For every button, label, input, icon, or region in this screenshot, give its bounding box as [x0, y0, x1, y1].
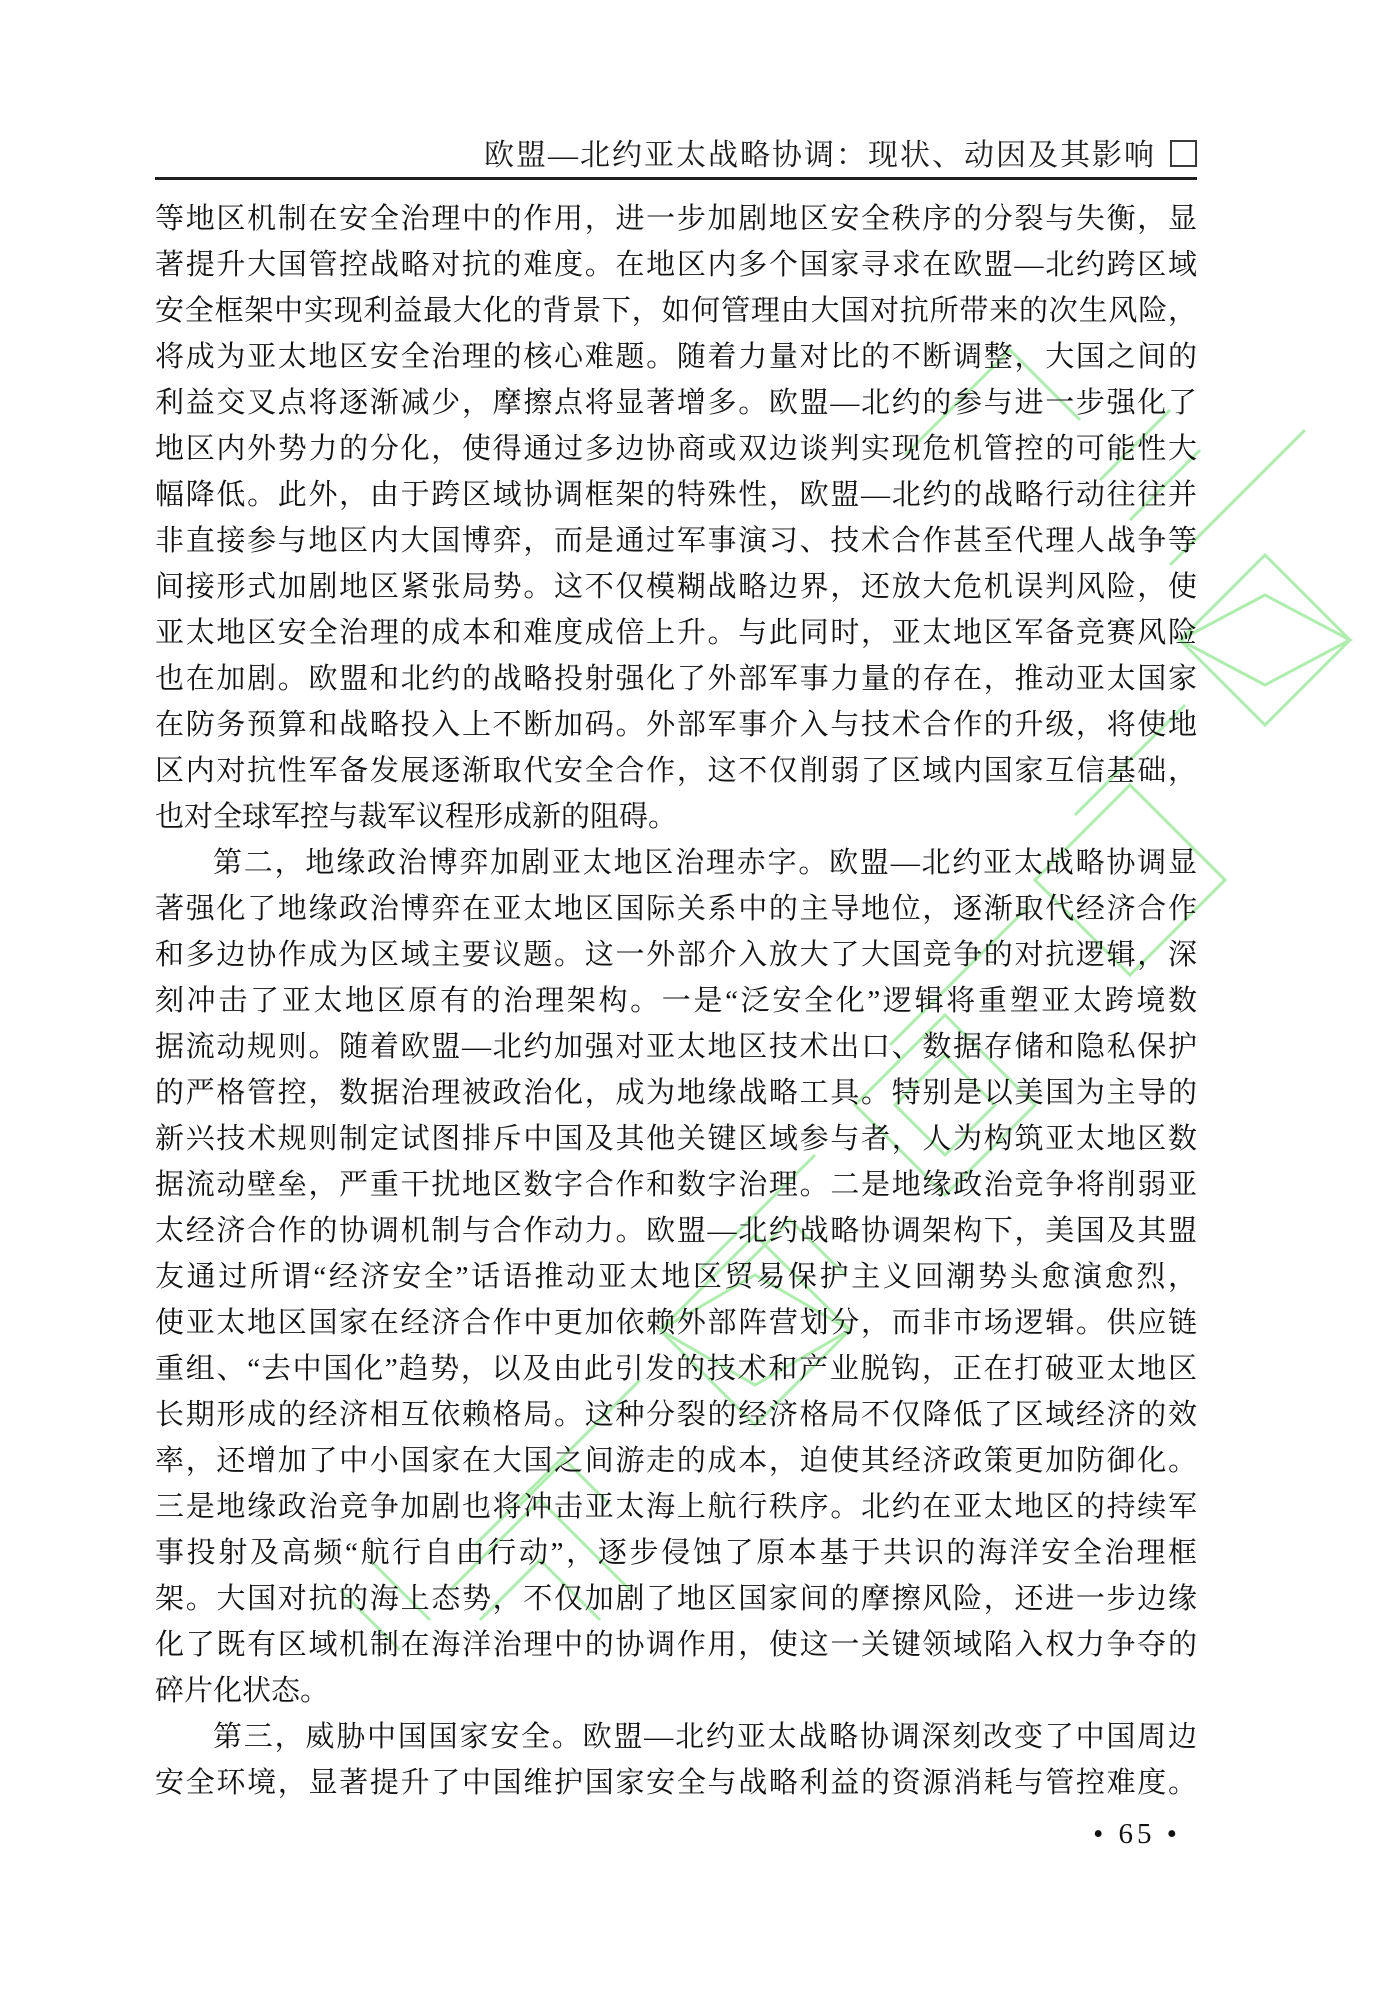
text-line: 安全环境，显著提升了中国维护国家安全与战略利益的资源消耗与管控难度。 [155, 1760, 1197, 1806]
text-line: 第二，地缘政治博弈加剧亚太地区治理赤字。欧盟—北约亚太战略协调显 [155, 840, 1197, 886]
text-line: 第三，威胁中国国家安全。欧盟—北约亚太战略协调深刻改变了中国周边 [155, 1714, 1197, 1760]
text-line: 区内对抗性军备发展逐渐取代安全合作，这不仅削弱了区域内国家互信基础， [155, 748, 1197, 794]
text-line: 的严格管控，数据治理被政治化，成为地缘战略工具。特别是以美国为主导的 [155, 1070, 1197, 1116]
text-line: 也在加剧。欧盟和北约的战略投射强化了外部军事力量的存在，推动亚太国家 [155, 656, 1197, 702]
text-line: 据流动规则。随着欧盟—北约加强对亚太地区技术出口、数据存储和隐私保护 [155, 1024, 1197, 1070]
text-line: 间接形式加剧地区紧张局势。这不仅模糊战略边界，还放大危机误判风险，使 [155, 564, 1197, 610]
text-line: 安全框架中实现利益最大化的背景下，如何管理由大国对抗所带来的次生风险， [155, 288, 1197, 334]
text-line: 使亚太地区国家在经济合作中更加依赖外部阵营划分，而非市场逻辑。供应链 [155, 1300, 1197, 1346]
text-line: 地区内外势力的分化，使得通过多边协商或双边谈判实现危机管控的可能性大 [155, 426, 1197, 472]
text-line: 架。大国对抗的海上态势，不仅加剧了地区国家间的摩擦风险，还进一步边缘 [155, 1576, 1197, 1622]
document-page: 欧盟—北约亚太战略协调：现状、动因及其影响 等地区机制在安全治理中的作用，进一步… [0, 0, 1378, 2008]
text-line: 幅降低。此外，由于跨区域协调框架的特殊性，欧盟—北约的战略行动往往并 [155, 472, 1197, 518]
text-line: 将成为亚太地区安全治理的核心难题。随着力量对比的不断调整，大国之间的 [155, 334, 1197, 380]
text-line: 太经济合作的协调机制与合作动力。欧盟—北约战略协调架构下，美国及其盟 [155, 1208, 1197, 1254]
text-line: 等地区机制在安全治理中的作用，进一步加剧地区安全秩序的分裂与失衡，显 [155, 196, 1197, 242]
text-line: 著强化了地缘政治博弈在亚太地区国际关系中的主导地位，逐渐取代经济合作 [155, 886, 1197, 932]
text-line: 在防务预算和战略投入上不断加码。外部军事介入与技术合作的升级，将使地 [155, 702, 1197, 748]
text-line: 化了既有区域机制在海洋治理中的协调作用，使这一关键领域陷入权力争夺的 [155, 1622, 1197, 1668]
text-line: 友通过所谓“经济安全”话语推动亚太地区贸易保护主义回潮势头愈演愈烈， [155, 1254, 1197, 1300]
open-square-icon [1170, 140, 1197, 167]
running-head: 欧盟—北约亚太战略协调：现状、动因及其影响 [155, 130, 1197, 174]
text-line: 利益交叉点将逐渐减少，摩擦点将显著增多。欧盟—北约的参与进一步强化了 [155, 380, 1197, 426]
header-divider [155, 177, 1197, 180]
text-line: 三是地缘政治竞争加剧也将冲击亚太海上航行秩序。北约在亚太地区的持续军 [155, 1484, 1197, 1530]
text-line: 新兴技术规则制定试图排斥中国及其他关键区域参与者，人为构筑亚太地区数 [155, 1116, 1197, 1162]
text-line: 亚太地区安全治理的成本和难度成倍上升。与此同时，亚太地区军备竞赛风险 [155, 610, 1197, 656]
text-line: 事投射及高频“航行自由行动”，逐步侵蚀了原本基于共识的海洋安全治理框 [155, 1530, 1197, 1576]
text-line: 也对全球军控与裁军议程形成新的阻碍。 [155, 794, 1197, 840]
body-text: 等地区机制在安全治理中的作用，进一步加剧地区安全秩序的分裂与失衡，显著提升大国管… [155, 196, 1197, 1806]
text-line: 据流动壁垒，严重干扰地区数字合作和数字治理。二是地缘政治竞争将削弱亚 [155, 1162, 1197, 1208]
text-line: 率，还增加了中小国家在大国之间游走的成本，迫使其经济政策更加防御化。 [155, 1438, 1197, 1484]
text-line: 和多边协作成为区域主要议题。这一外部介入放大了大国竞争的对抗逻辑，深 [155, 932, 1197, 978]
text-line: 长期形成的经济相互依赖格局。这种分裂的经济格局不仅降低了区域经济的效 [155, 1392, 1197, 1438]
text-line: 重组、“去中国化”趋势，以及由此引发的技术和产业脱钩，正在打破亚太地区 [155, 1346, 1197, 1392]
text-line: 非直接参与地区内大国博弈，而是通过军事演习、技术合作甚至代理人战争等 [155, 518, 1197, 564]
text-line: 碎片化状态。 [155, 1668, 1197, 1714]
text-line: 刻冲击了亚太地区原有的治理架构。一是“泛安全化”逻辑将重塑亚太跨境数 [155, 978, 1197, 1024]
running-head-title: 欧盟—北约亚太战略协调：现状、动因及其影响 [484, 139, 1156, 172]
text-line: 著提升大国管控战略对抗的难度。在地区内多个国家寻求在欧盟—北约跨区域 [155, 242, 1197, 288]
page-number: • 65 • [1062, 1818, 1212, 1851]
